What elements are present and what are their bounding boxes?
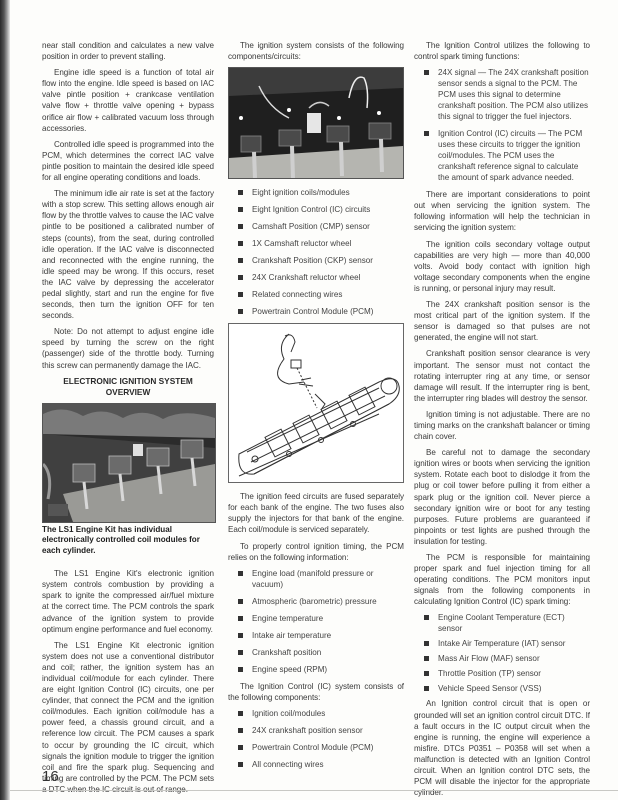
list-item-text: Camshaft Position (CMP) sensor bbox=[252, 222, 370, 231]
bullet-icon bbox=[238, 258, 243, 263]
list-item-text: 1X Camshaft reluctor wheel bbox=[252, 239, 351, 248]
list-item: Camshaft Position (CMP) sensor bbox=[238, 221, 404, 232]
list-item-text: Engine speed (RPM) bbox=[252, 665, 327, 674]
paragraph: Controlled idle speed is programmed into… bbox=[42, 139, 214, 183]
bullet-icon bbox=[238, 224, 243, 229]
list-item-text: 24X signal — The 24X crankshaft position… bbox=[438, 68, 589, 121]
paragraph: The 24X crankshaft position sensor is th… bbox=[414, 299, 590, 343]
engine-coil-photo bbox=[42, 403, 216, 523]
paragraph: The PCM is responsible for maintaining p… bbox=[414, 552, 590, 607]
list-item-text: Powertrain Control Module (PCM) bbox=[252, 743, 373, 752]
ic-components-list: Ignition coil/modules 24X crankshaft pos… bbox=[228, 708, 404, 770]
paragraph: Crankshaft position sensor clearance is … bbox=[414, 348, 590, 403]
list-item-text: 24X crankshaft position sensor bbox=[252, 726, 363, 735]
list-item-text: 24X Crankshaft reluctor wheel bbox=[252, 273, 360, 282]
paragraph: The LS1 Engine Kit's electronic ignition… bbox=[42, 568, 214, 635]
paragraph: The Ignition Control utilizes the follow… bbox=[414, 40, 590, 62]
list-item: Crankshaft Position (CKP) sensor bbox=[238, 255, 404, 266]
list-item: Related connecting wires bbox=[238, 289, 404, 300]
list-item-text: Crankshaft Position (CKP) sensor bbox=[252, 256, 373, 265]
list-item-text: Vehicle Speed Sensor (VSS) bbox=[438, 684, 541, 693]
bullet-icon bbox=[238, 667, 243, 672]
list-item-text: Ignition Control (IC) circuits — The PCM… bbox=[438, 129, 582, 182]
bullet-icon bbox=[238, 745, 243, 750]
list-item-text: Engine temperature bbox=[252, 614, 323, 623]
bullet-icon bbox=[424, 70, 429, 75]
ignition-components-list: Eight ignition coils/modules Eight Ignit… bbox=[228, 187, 404, 317]
paragraph: To properly control ignition timing, the… bbox=[228, 541, 404, 563]
page-bottom-edge bbox=[10, 790, 618, 791]
paragraph: The minimum idle air rate is set at the … bbox=[42, 188, 214, 321]
bullet-icon bbox=[238, 292, 243, 297]
paragraph: An Ignition control circuit that is open… bbox=[414, 698, 590, 798]
bullet-icon bbox=[238, 633, 243, 638]
list-item-text: Powertrain Control Module (PCM) bbox=[252, 307, 373, 316]
list-item-text: Engine Coolant Temperature (ECT) sensor bbox=[438, 613, 565, 633]
list-item-text: Intake air temperature bbox=[252, 631, 331, 640]
coil-bank-diagram bbox=[229, 324, 403, 482]
bullet-icon bbox=[238, 275, 243, 280]
paragraph: Be careful not to damage the secondary i… bbox=[414, 447, 590, 547]
list-item-text: Eight Ignition Control (IC) circuits bbox=[252, 205, 370, 214]
list-item: Engine speed (RPM) bbox=[238, 664, 404, 675]
bullet-icon bbox=[238, 207, 243, 212]
list-item-text: All connecting wires bbox=[252, 760, 324, 769]
list-item: Engine load (manifold pressure or vacuum… bbox=[238, 568, 404, 590]
list-item: Ignition coil/modules bbox=[238, 708, 404, 719]
bullet-icon bbox=[424, 615, 429, 620]
bullet-icon bbox=[238, 571, 243, 576]
paragraph: near stall condition and calculates a ne… bbox=[42, 40, 214, 62]
list-item: Crankshaft position bbox=[238, 647, 404, 658]
list-item: Eight ignition coils/modules bbox=[238, 187, 404, 198]
paragraph: Note: Do not attempt to adjust engine id… bbox=[42, 326, 214, 370]
coil-bank-line-drawing bbox=[228, 323, 404, 483]
bullet-icon bbox=[424, 131, 429, 136]
bullet-icon bbox=[424, 656, 429, 661]
paragraph: The ignition system consists of the foll… bbox=[228, 40, 404, 62]
paragraph: There are important considerations to po… bbox=[414, 189, 590, 233]
section-heading-line2: OVERVIEW bbox=[106, 387, 151, 397]
list-item: Vehicle Speed Sensor (VSS) bbox=[424, 683, 590, 694]
list-item-text: Atmospheric (barometric) pressure bbox=[252, 597, 377, 606]
page-number: 16 bbox=[42, 768, 59, 785]
bullet-icon bbox=[238, 190, 243, 195]
list-item: Eight Ignition Control (IC) circuits bbox=[238, 204, 404, 215]
list-item-text: Crankshaft position bbox=[252, 648, 321, 657]
bullet-icon bbox=[424, 686, 429, 691]
list-item: Engine Coolant Temperature (ECT) sensor bbox=[424, 612, 590, 634]
list-item-text: Mass Air Flow (MAF) sensor bbox=[438, 654, 540, 663]
list-item: Intake Air Temperature (IAT) sensor bbox=[424, 638, 590, 649]
bullet-icon bbox=[238, 762, 243, 767]
bullet-icon bbox=[238, 650, 243, 655]
list-item: Engine temperature bbox=[238, 613, 404, 624]
spark-timing-functions-list: 24X signal — The 24X crankshaft position… bbox=[414, 67, 590, 183]
column-right: The Ignition Control utilizes the follow… bbox=[414, 40, 590, 800]
column-middle: The ignition system consists of the foll… bbox=[228, 40, 404, 776]
section-heading-line1: ELECTRONIC IGNITION SYSTEM bbox=[63, 376, 193, 386]
paragraph: Ignition timing is not adjustable. There… bbox=[414, 409, 590, 442]
list-item: 24X signal — The 24X crankshaft position… bbox=[424, 67, 590, 122]
list-item: Ignition Control (IC) circuits — The PCM… bbox=[424, 128, 590, 183]
list-item: Throttle Position (TP) sensor bbox=[424, 668, 590, 679]
column-left: near stall condition and calculates a ne… bbox=[42, 40, 214, 800]
paragraph: The LS1 Engine Kit electronic ignition s… bbox=[42, 640, 214, 795]
pcm-inputs-list: Engine load (manifold pressure or vacuum… bbox=[228, 568, 404, 675]
sensor-inputs-list: Engine Coolant Temperature (ECT) sensor … bbox=[414, 612, 590, 694]
list-item-text: Intake Air Temperature (IAT) sensor bbox=[438, 639, 565, 648]
section-heading: ELECTRONIC IGNITION SYSTEM OVERVIEW bbox=[42, 376, 214, 398]
list-item: Powertrain Control Module (PCM) bbox=[238, 306, 404, 317]
figure-caption: The LS1 Engine Kit has individual electr… bbox=[42, 525, 214, 557]
ignition-coils-photo bbox=[228, 67, 404, 179]
book-binding-shadow bbox=[0, 0, 10, 800]
paragraph: The ignition feed circuits are fused sep… bbox=[228, 491, 404, 535]
list-item-text: Related connecting wires bbox=[252, 290, 342, 299]
bullet-icon bbox=[238, 309, 243, 314]
paragraph: The Ignition Control (IC) system consist… bbox=[228, 681, 404, 703]
list-item-text: Ignition coil/modules bbox=[252, 709, 325, 718]
list-item-text: Eight ignition coils/modules bbox=[252, 188, 350, 197]
list-item: 24X Crankshaft reluctor wheel bbox=[238, 272, 404, 283]
list-item-text: Engine load (manifold pressure or vacuum… bbox=[252, 569, 373, 589]
bullet-icon bbox=[238, 616, 243, 621]
paragraph: Engine idle speed is a function of total… bbox=[42, 67, 214, 134]
bullet-icon bbox=[238, 728, 243, 733]
paragraph: The ignition coils secondary voltage out… bbox=[414, 239, 590, 294]
list-item: Mass Air Flow (MAF) sensor bbox=[424, 653, 590, 664]
engine-photo-illustration bbox=[43, 404, 215, 522]
list-item: Powertrain Control Module (PCM) bbox=[238, 742, 404, 753]
bullet-icon bbox=[424, 641, 429, 646]
list-item: Intake air temperature bbox=[238, 630, 404, 641]
bullet-icon bbox=[238, 711, 243, 716]
bullet-icon bbox=[424, 671, 429, 676]
list-item: 24X crankshaft position sensor bbox=[238, 725, 404, 736]
bullet-icon bbox=[238, 599, 243, 604]
list-item-text: Throttle Position (TP) sensor bbox=[438, 669, 541, 678]
list-item: 1X Camshaft reluctor wheel bbox=[238, 238, 404, 249]
bullet-icon bbox=[238, 241, 243, 246]
list-item: Atmospheric (barometric) pressure bbox=[238, 596, 404, 607]
list-item: All connecting wires bbox=[238, 759, 404, 770]
coil-photo-illustration bbox=[229, 68, 403, 178]
